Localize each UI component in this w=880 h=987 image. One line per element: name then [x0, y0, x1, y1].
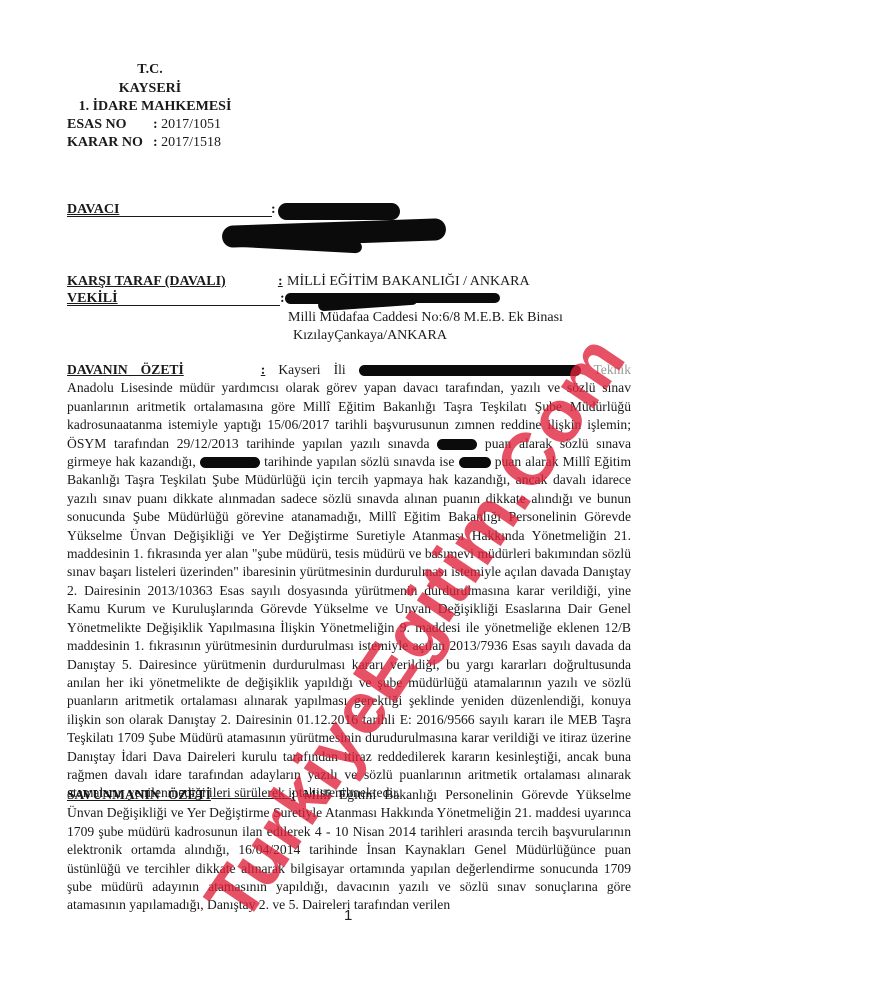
karar-no-row: KARAR NO: 2017/1518: [67, 133, 221, 152]
vekili-colon: :: [280, 290, 285, 308]
esas-no-row: ESAS NO: 2017/1051: [67, 115, 221, 134]
city-heading: KAYSERİ: [95, 79, 205, 98]
document-page: T.C. KAYSERİ 1. İDARE MAHKEMESİ ESAS NO:…: [0, 0, 880, 987]
esas-no-colon: :: [153, 117, 161, 132]
davanin-ozeti-tail: Teknik: [593, 362, 631, 377]
esas-no-label: ESAS NO: [67, 115, 153, 134]
oral-date-redaction: [200, 457, 260, 468]
davaci-redaction: [278, 203, 400, 220]
karsi-taraf-value: MİLLİ EĞİTİM BAKANLIĞI / ANKARA: [287, 273, 530, 291]
davanin-ozeti-colon: :: [261, 362, 266, 377]
vekili-address-line1: Milli Müdafaa Caddesi No:6/8 M.E.B. Ek B…: [288, 309, 563, 327]
written-score-redaction: [437, 439, 477, 450]
davaci-underline: [67, 216, 272, 217]
davanin-ozeti-label: DAVANIN ÖZETİ: [67, 362, 184, 377]
vekili-address-line2: KızılayÇankaya/ANKARA: [293, 327, 447, 345]
davaci-colon: :: [271, 201, 276, 219]
davanin-ozeti-text-3: tarihinde yapılan sözlü sınavda ise: [264, 454, 454, 469]
school-redaction: [359, 365, 581, 376]
davanin-ozeti-lead: Kayseri İli: [278, 362, 345, 377]
oral-score-redaction: [459, 457, 491, 468]
esas-no-value: 2017/1051: [161, 117, 221, 132]
country-heading: T.C.: [120, 60, 180, 79]
court-heading: 1. İDARE MAHKEMESİ: [60, 97, 250, 116]
label-underline-fill: [211, 786, 291, 799]
karar-no-label: KARAR NO: [67, 133, 153, 152]
savunmanin-ozeti-section: SAVUNMANIN ÖZETİ: Millî Eğitim Bakanlığı…: [67, 786, 631, 915]
davanin-ozeti-section: DAVANIN ÖZETİ: Kayseri İli Teknik Anadol…: [67, 361, 631, 803]
savunmanin-ozeti-colon: :: [291, 787, 296, 802]
savunmanin-ozeti-label: SAVUNMANIN ÖZETİ: [67, 787, 211, 802]
karar-no-value: 2017/1518: [161, 135, 221, 150]
savunmanin-ozeti-text: Millî Eğitim Bakanlığı Personelinin Göre…: [67, 787, 631, 912]
karsi-taraf-colon: :: [278, 273, 283, 291]
vekili-redaction-3: [380, 293, 500, 303]
page-number: 1: [344, 907, 352, 924]
davanin-ozeti-text-4: puan alarak Millî Eğitim Bakanlığı Taşra…: [67, 454, 631, 800]
karar-no-colon: :: [153, 135, 161, 150]
vekili-underline: [67, 305, 280, 306]
karsi-taraf-label: KARŞI TARAF (DAVALI): [67, 273, 226, 291]
